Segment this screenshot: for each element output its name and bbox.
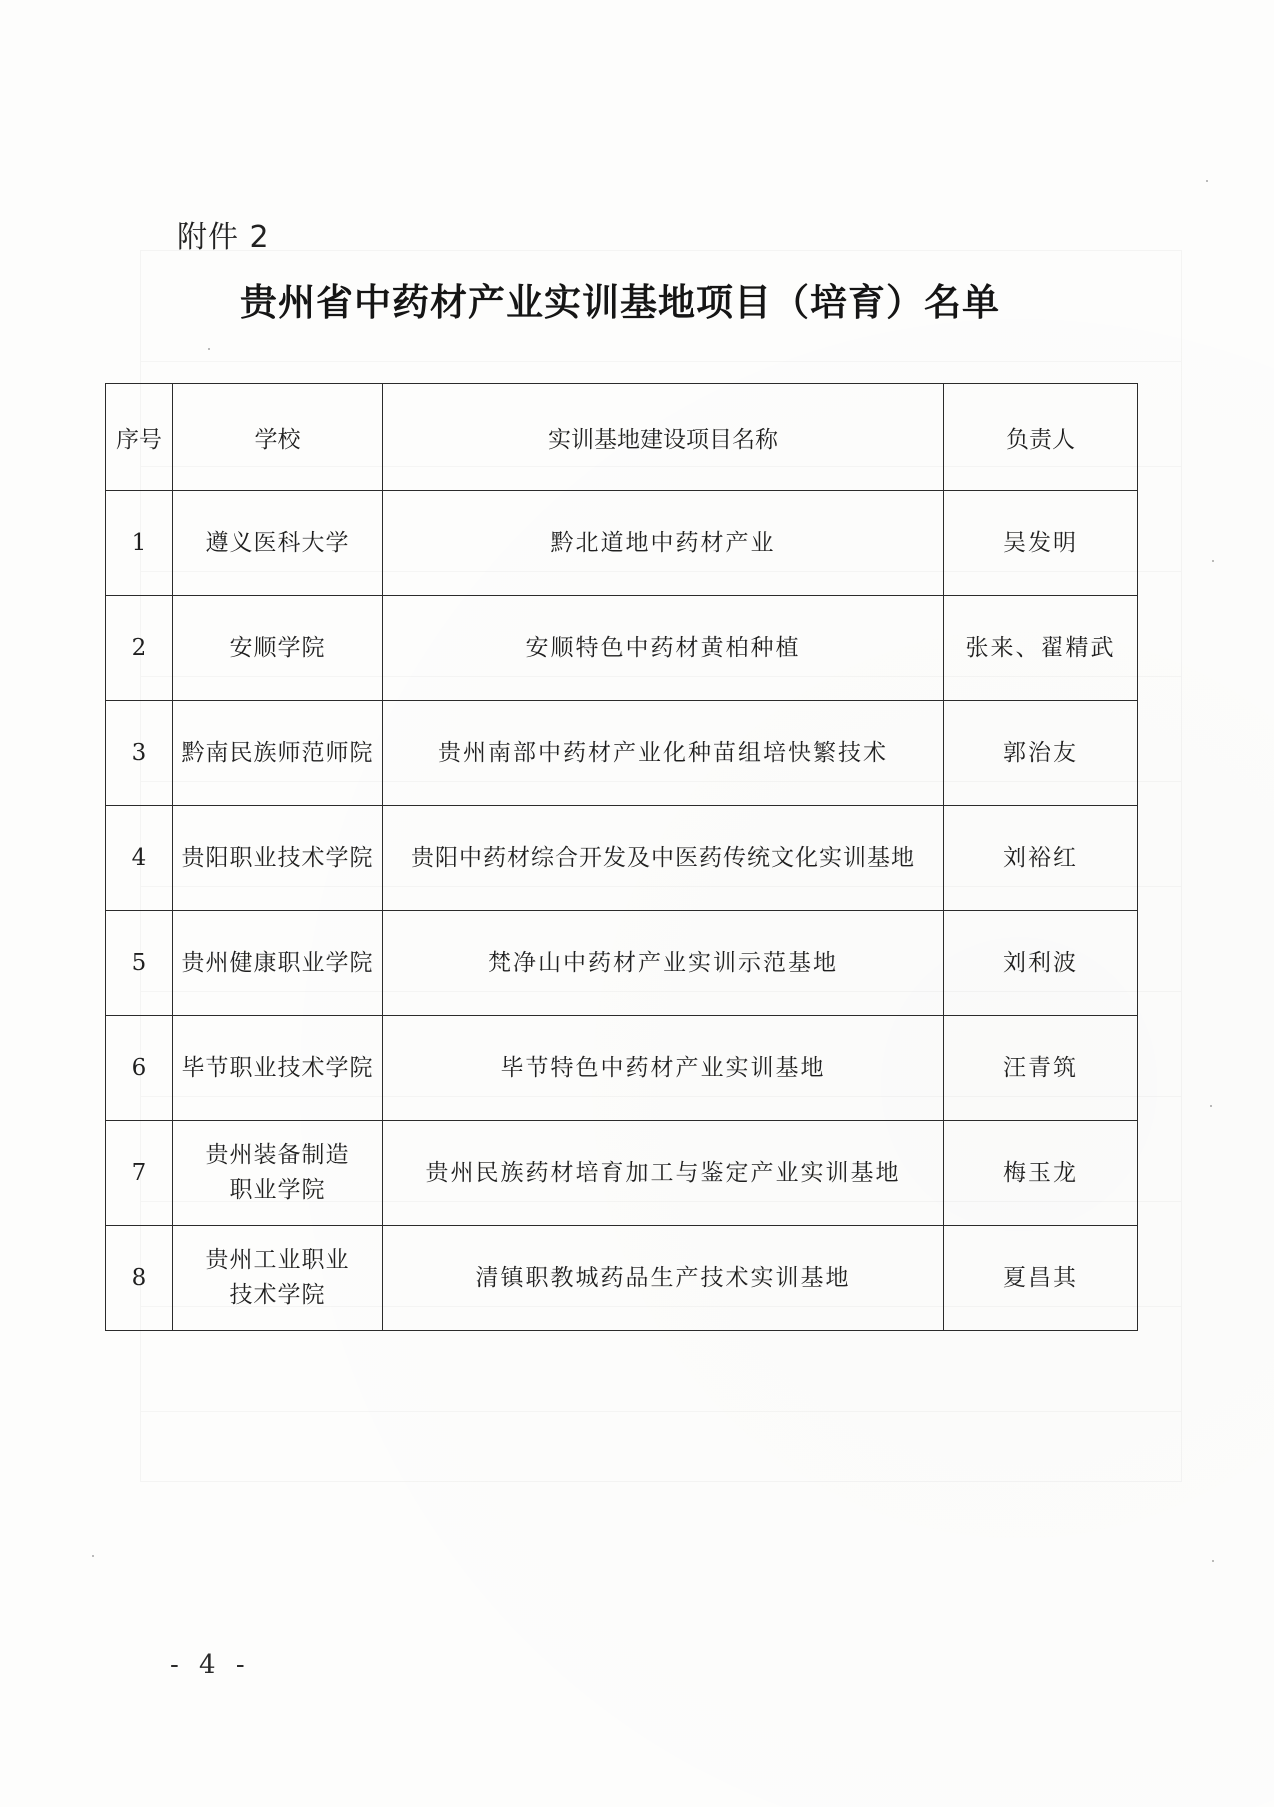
row-number: 1 xyxy=(106,491,173,596)
school-cell: 毕节职业技术学院 xyxy=(173,1016,383,1121)
table-row: 2 安顺学院 安顺特色中药材黄柏种植 张来、翟精武 xyxy=(106,596,1138,701)
row-number: 3 xyxy=(106,701,173,806)
table-row: 8 贵州工业职业 技术学院 清镇职教城药品生产技术实训基地 夏昌其 xyxy=(106,1226,1138,1331)
school-name-line-2: 技术学院 xyxy=(173,1278,382,1313)
project-roster-table: 序号 学校 实训基地建设项目名称 负责人 1 遵义医科大学 黔北道地中药材产业 … xyxy=(105,383,1138,1331)
project-name: 黔北道地中药材产业 xyxy=(383,491,944,596)
header-no: 序号 xyxy=(106,384,173,491)
scan-speck xyxy=(1212,1560,1214,1562)
row-number: 2 xyxy=(106,596,173,701)
page-number: - 4 - xyxy=(170,1650,251,1680)
project-lead: 刘裕红 xyxy=(944,806,1138,911)
header-school: 学校 xyxy=(173,384,383,491)
scan-speck xyxy=(92,1555,94,1557)
project-name: 毕节特色中药材产业实训基地 xyxy=(383,1016,944,1121)
project-name: 梵净山中药材产业实训示范基地 xyxy=(383,911,944,1016)
document-title: 贵州省中药材产业实训基地项目（培育）名单 xyxy=(240,272,1000,326)
row-number: 7 xyxy=(106,1121,173,1226)
school-name: 贵州健康职业学院 xyxy=(173,946,382,981)
scan-speck xyxy=(1206,180,1208,182)
project-lead: 吴发明 xyxy=(944,491,1138,596)
school-name: 毕节职业技术学院 xyxy=(173,1051,382,1086)
row-number: 4 xyxy=(106,806,173,911)
project-lead: 刘利波 xyxy=(944,911,1138,1016)
school-cell: 遵义医科大学 xyxy=(173,491,383,596)
project-lead: 夏昌其 xyxy=(944,1226,1138,1331)
header-project: 实训基地建设项目名称 xyxy=(383,384,944,491)
project-lead: 张来、翟精武 xyxy=(944,596,1138,701)
project-name: 清镇职教城药品生产技术实训基地 xyxy=(383,1226,944,1331)
school-name: 遵义医科大学 xyxy=(173,526,382,561)
table-row: 4 贵阳职业技术学院 贵阳中药材综合开发及中医药传统文化实训基地 刘裕红 xyxy=(106,806,1138,911)
row-number: 8 xyxy=(106,1226,173,1331)
row-number: 5 xyxy=(106,911,173,1016)
school-cell: 贵州工业职业 技术学院 xyxy=(173,1226,383,1331)
school-name: 贵阳职业技术学院 xyxy=(173,841,382,876)
project-lead: 郭治友 xyxy=(944,701,1138,806)
table-row: 7 贵州装备制造 职业学院 贵州民族药材培育加工与鉴定产业实训基地 梅玉龙 xyxy=(106,1121,1138,1226)
school-name-line-1: 贵州工业职业 xyxy=(173,1243,382,1278)
project-name: 安顺特色中药材黄柏种植 xyxy=(383,596,944,701)
row-number: 6 xyxy=(106,1016,173,1121)
school-name-line-2: 职业学院 xyxy=(173,1173,382,1208)
school-cell: 贵州健康职业学院 xyxy=(173,911,383,1016)
project-name: 贵州民族药材培育加工与鉴定产业实训基地 xyxy=(383,1121,944,1226)
scan-speck xyxy=(1212,560,1214,562)
school-cell: 贵阳职业技术学院 xyxy=(173,806,383,911)
school-name-line-1: 贵州装备制造 xyxy=(173,1138,382,1173)
table-row: 1 遵义医科大学 黔北道地中药材产业 吴发明 xyxy=(106,491,1138,596)
school-cell: 贵州装备制造 职业学院 xyxy=(173,1121,383,1226)
project-name: 贵阳中药材综合开发及中医药传统文化实训基地 xyxy=(383,806,944,911)
project-lead: 梅玉龙 xyxy=(944,1121,1138,1226)
table-row: 3 黔南民族师范师院 贵州南部中药材产业化种苗组培快繁技术 郭治友 xyxy=(106,701,1138,806)
project-name: 贵州南部中药材产业化种苗组培快繁技术 xyxy=(383,701,944,806)
school-name: 黔南民族师范师院 xyxy=(173,736,382,771)
project-lead: 汪青筑 xyxy=(944,1016,1138,1121)
scan-speck xyxy=(208,348,210,350)
table-row: 5 贵州健康职业学院 梵净山中药材产业实训示范基地 刘利波 xyxy=(106,911,1138,1016)
attachment-label: 附件 2 xyxy=(177,212,270,256)
header-lead: 负责人 xyxy=(944,384,1138,491)
school-cell: 黔南民族师范师院 xyxy=(173,701,383,806)
table-row: 6 毕节职业技术学院 毕节特色中药材产业实训基地 汪青筑 xyxy=(106,1016,1138,1121)
table-header-row: 序号 学校 实训基地建设项目名称 负责人 xyxy=(106,384,1138,491)
scan-speck xyxy=(1210,1105,1212,1107)
school-cell: 安顺学院 xyxy=(173,596,383,701)
document-page: 附件 2 贵州省中药材产业实训基地项目（培育）名单 序号 学校 实训基地建设项目… xyxy=(0,0,1274,1807)
school-name: 安顺学院 xyxy=(173,631,382,666)
